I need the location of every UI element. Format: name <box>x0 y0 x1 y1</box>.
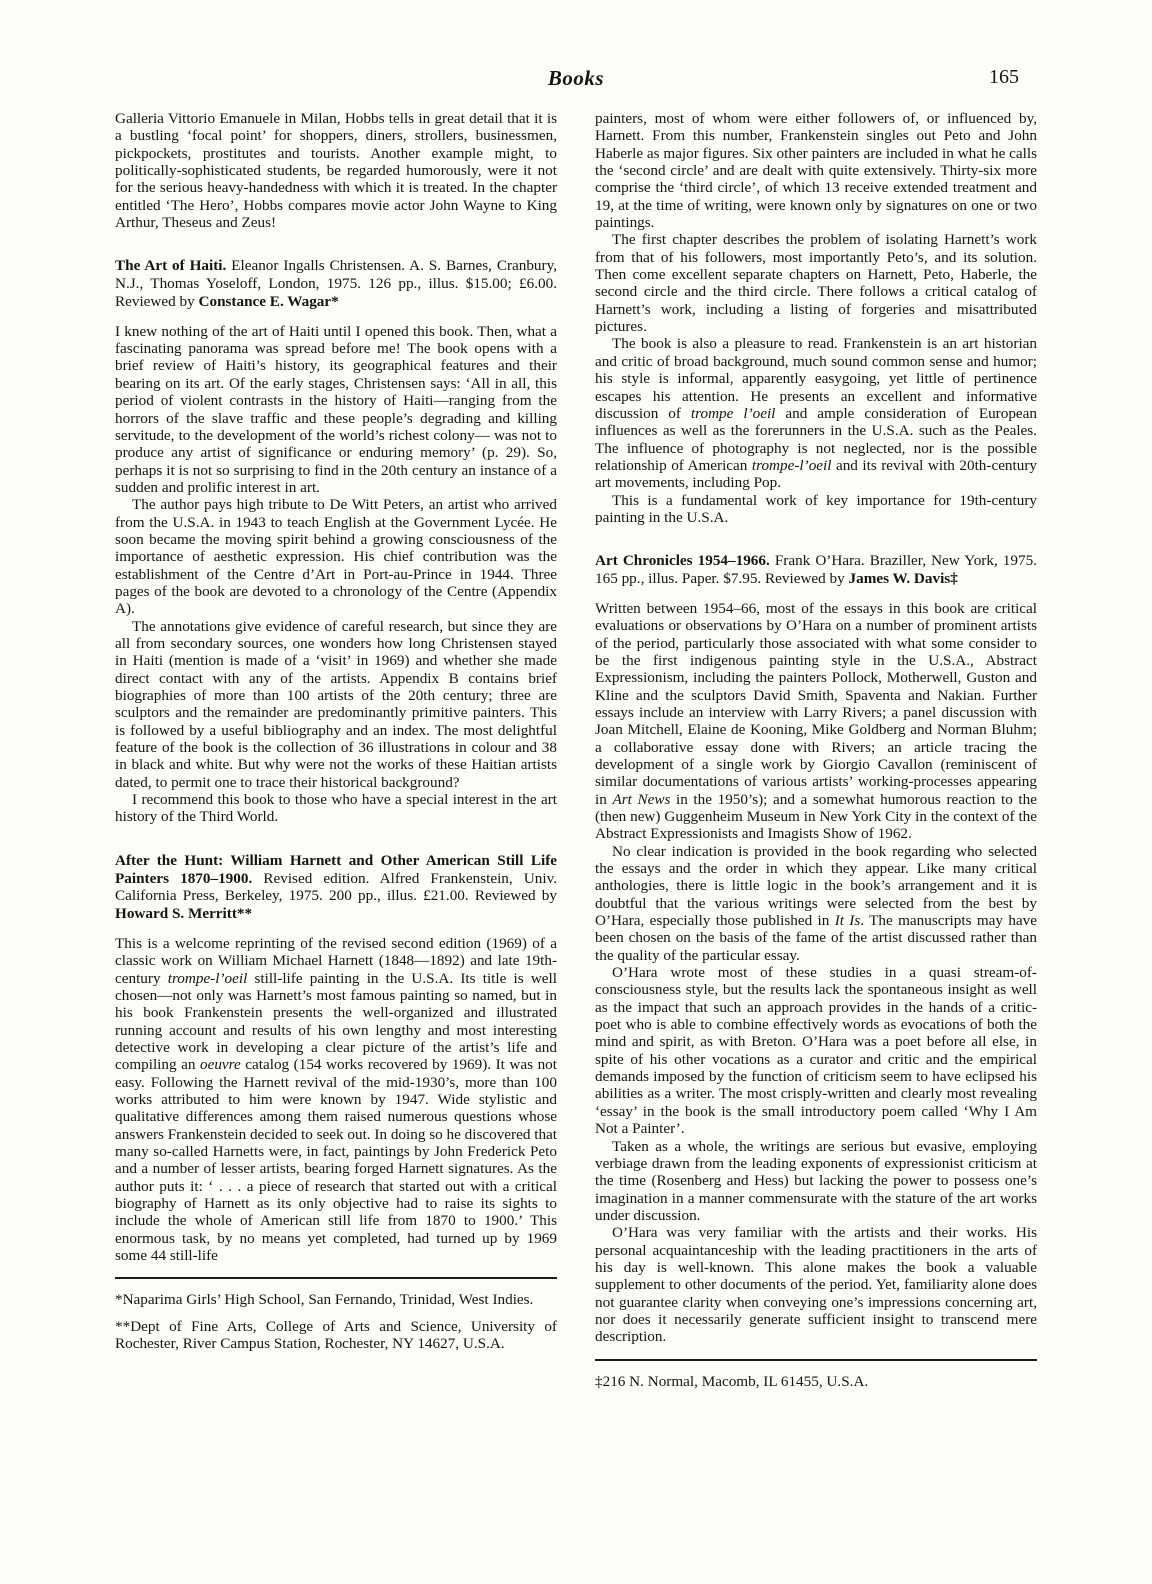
footnotes-right: ‡216 N. Normal, Macomb, IL 61455, U.S.A. <box>595 1359 1037 1390</box>
page-content: Books 165 Galleria Vittorio Emanuele in … <box>115 60 1037 1390</box>
continued-paragraph: painters, most of whom were either follo… <box>595 110 1037 231</box>
review-heading-art-of-haiti: The Art of Haiti. Eleanor Ingalls Christ… <box>115 257 557 310</box>
review-paragraph: This is a fundamental work of key import… <box>595 492 1037 527</box>
left-column: Galleria Vittorio Emanuele in Milan, Hob… <box>115 110 557 1390</box>
review-paragraph: O’Hara wrote most of these studies in a … <box>595 964 1037 1137</box>
review-paragraph: Taken as a whole, the writings are serio… <box>595 1138 1037 1225</box>
footnote-reviewer-2: **Dept of Fine Arts, College of Arts and… <box>115 1318 557 1353</box>
continued-paragraph: Galleria Vittorio Emanuele in Milan, Hob… <box>115 110 557 231</box>
review-paragraph: I knew nothing of the art of Haiti until… <box>115 323 557 496</box>
review-paragraph: O’Hara was very familiar with the artist… <box>595 1224 1037 1345</box>
review-paragraph: The first chapter describes the problem … <box>595 231 1037 335</box>
review-paragraph: This is a welcome reprinting of the revi… <box>115 935 557 1265</box>
review-paragraph: The annotations give evidence of careful… <box>115 618 557 791</box>
footnote-reviewer-3: ‡216 N. Normal, Macomb, IL 61455, U.S.A. <box>595 1373 1037 1390</box>
review-paragraph: Written between 1954–66, most of the ess… <box>595 600 1037 843</box>
review-paragraph: The book is also a pleasure to read. Fra… <box>595 335 1037 491</box>
page-header: Books 165 <box>115 60 1037 110</box>
running-head-title: Books <box>115 66 1037 91</box>
review-paragraph: The author pays high tribute to De Witt … <box>115 496 557 617</box>
two-column-layout: Galleria Vittorio Emanuele in Milan, Hob… <box>115 110 1037 1390</box>
page-number: 165 <box>989 66 1019 89</box>
right-column: painters, most of whom were either follo… <box>595 110 1037 1390</box>
review-paragraph: I recommend this book to those who have … <box>115 791 557 826</box>
journal-page: Books 165 Galleria Vittorio Emanuele in … <box>0 0 1152 1584</box>
review-heading-art-chronicles: Art Chronicles 1954–1966. Frank O’Hara. … <box>595 552 1037 588</box>
footnote-reviewer-1: *Naparima Girls’ High School, San Fernan… <box>115 1291 557 1308</box>
footnotes-left: *Naparima Girls’ High School, San Fernan… <box>115 1277 557 1352</box>
review-heading-after-the-hunt: After the Hunt: William Harnett and Othe… <box>115 852 557 923</box>
review-paragraph: No clear indication is provided in the b… <box>595 843 1037 964</box>
